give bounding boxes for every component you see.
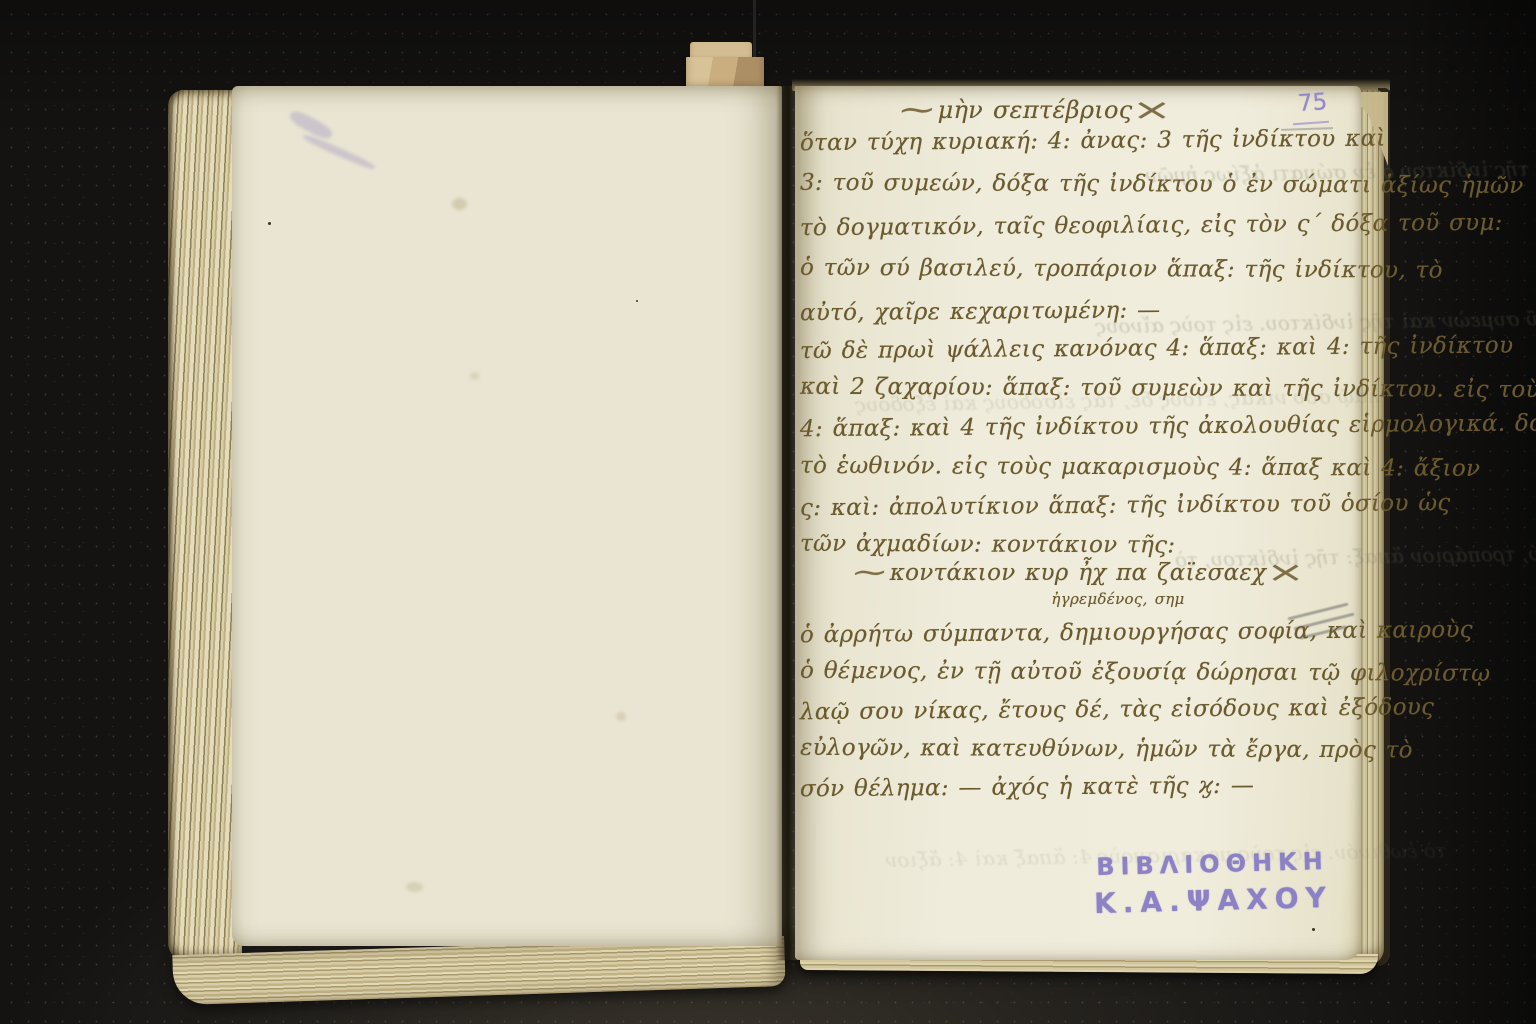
kontakion-paragraph: ὁ ἀρρήτω σύμπαντα, δημιουργήσας σοφία, κ… bbox=[800, 620, 1358, 813]
manuscript-line: λαῷ σου νίκας, ἔτους δέ, τὰς εἰσόδους κα… bbox=[800, 695, 1358, 738]
library-stamp-line1: ΒΙΒΛΙΟΘΗΚΗ bbox=[1084, 847, 1341, 882]
page-stack-left-edge bbox=[168, 90, 242, 962]
page-number-underline bbox=[1293, 121, 1329, 126]
library-stamp: ΒΙΒΛΙΟΘΗΚΗ Κ.Α.ΨΑΧΟΥ bbox=[1084, 847, 1342, 921]
pen-flourish: × bbox=[1246, 557, 1325, 588]
photograph-backdrop: ∼μὴν σεπτέβριος× 75 καὶ 2 ζαχαρίου: ἅπαξ… bbox=[0, 0, 1536, 1024]
pen-flourish: ∼ bbox=[830, 557, 909, 588]
manuscript-line: καὶ 2 ζαχαρίου: ἅπαξ: τοῦ συμεὼν καὶ τῆς… bbox=[800, 374, 1358, 416]
page-speck bbox=[636, 300, 638, 302]
month-heading-text: μὴν σεπτέβριος bbox=[938, 96, 1133, 124]
manuscript-line: ὁ ἀρρήτω σύμπαντα, δημιουργήσας σοφία, κ… bbox=[800, 618, 1358, 661]
kontakion-heading: ∼κοντάκιον κυρ ἦχ πα ζαϊεσαεχ× bbox=[795, 560, 1361, 586]
manuscript-line: τῶ δὲ πρωὶ ψάλλεις κανόνας 4: ἅπαξ: καὶ … bbox=[800, 334, 1358, 378]
manuscript-line: 3: τοῦ συμεών, δόξα τῆς ἰνδίκτου ὁ ἐν σώ… bbox=[800, 169, 1358, 214]
kontakion-heading-subline: ἠγρεμδένος, σημ bbox=[835, 590, 1401, 608]
rubric-paragraph-1: ὅταν τύχη κυριακή: 4: ἀνας: 3 τῆς ἰνδίκτ… bbox=[800, 128, 1358, 341]
pen-flourish: ∼ bbox=[877, 93, 958, 127]
pen-flourish: × bbox=[1112, 93, 1193, 127]
manuscript-line: τὸ ἑωθινόν. εἰς τοὺς μακαρισμοὺς 4: ἅπαξ… bbox=[800, 452, 1358, 494]
manuscript-line: σόν θέλημα: — ἀχός ἡ κατὲ τῆς ϗ: — bbox=[800, 772, 1358, 815]
manuscript-line: εὐλογῶν, καὶ κατευθύνων, ἡμῶν τὰ ἔργα, π… bbox=[800, 735, 1358, 776]
rubric-paragraph-2: τῶ δὲ πρωὶ ψάλλεις κανόνας 4: ἅπαξ: καὶ … bbox=[800, 336, 1358, 571]
manuscript-text-layer: ∼μὴν σεπτέβριος× 75 καὶ 2 ζαχαρίου: ἅπαξ… bbox=[795, 88, 1361, 960]
kontakion-heading-text: κοντάκιον κυρ ἦχ πα ζαϊεσαεχ bbox=[890, 560, 1267, 586]
manuscript-line: τὸ δογματικόν, ταῖς θεοφιλίαις, εἰς τὸν … bbox=[800, 211, 1358, 258]
page-stain bbox=[406, 882, 423, 892]
page-stain bbox=[616, 712, 626, 721]
page-number: 75 bbox=[1297, 89, 1328, 117]
page-speck bbox=[268, 222, 271, 225]
page-stain bbox=[470, 372, 479, 380]
manuscript-line: ὁ τῶν σύ βασιλεύ, τροπάριον ἅπαξ: τῆς ἰν… bbox=[800, 254, 1358, 299]
manuscript-line: ὁ θέμενος, ἐν τῇ αὐτοῦ ἐξουσίᾳ δώρησαι τ… bbox=[800, 657, 1358, 698]
page-stain bbox=[452, 198, 467, 210]
manuscript-line: ς: καὶ: ἀπολυτίκιον ἅπαξ: τῆς ἰνδίκτου τ… bbox=[800, 491, 1358, 535]
month-heading: ∼μὴν σεπτέβριος× bbox=[895, 96, 1175, 124]
manuscript-line: ὅταν τύχη κυριακή: 4: ἀνας: 3 τῆς ἰνδίκτ… bbox=[800, 126, 1358, 173]
left-page-blank bbox=[232, 86, 782, 946]
library-stamp-line2: Κ.Α.ΨΑΧΟΥ bbox=[1085, 881, 1342, 921]
manuscript-line: 4: ἅπαξ: καὶ 4 τῆς ἰνδίκτου τῆς ἀκολουθί… bbox=[800, 412, 1358, 456]
